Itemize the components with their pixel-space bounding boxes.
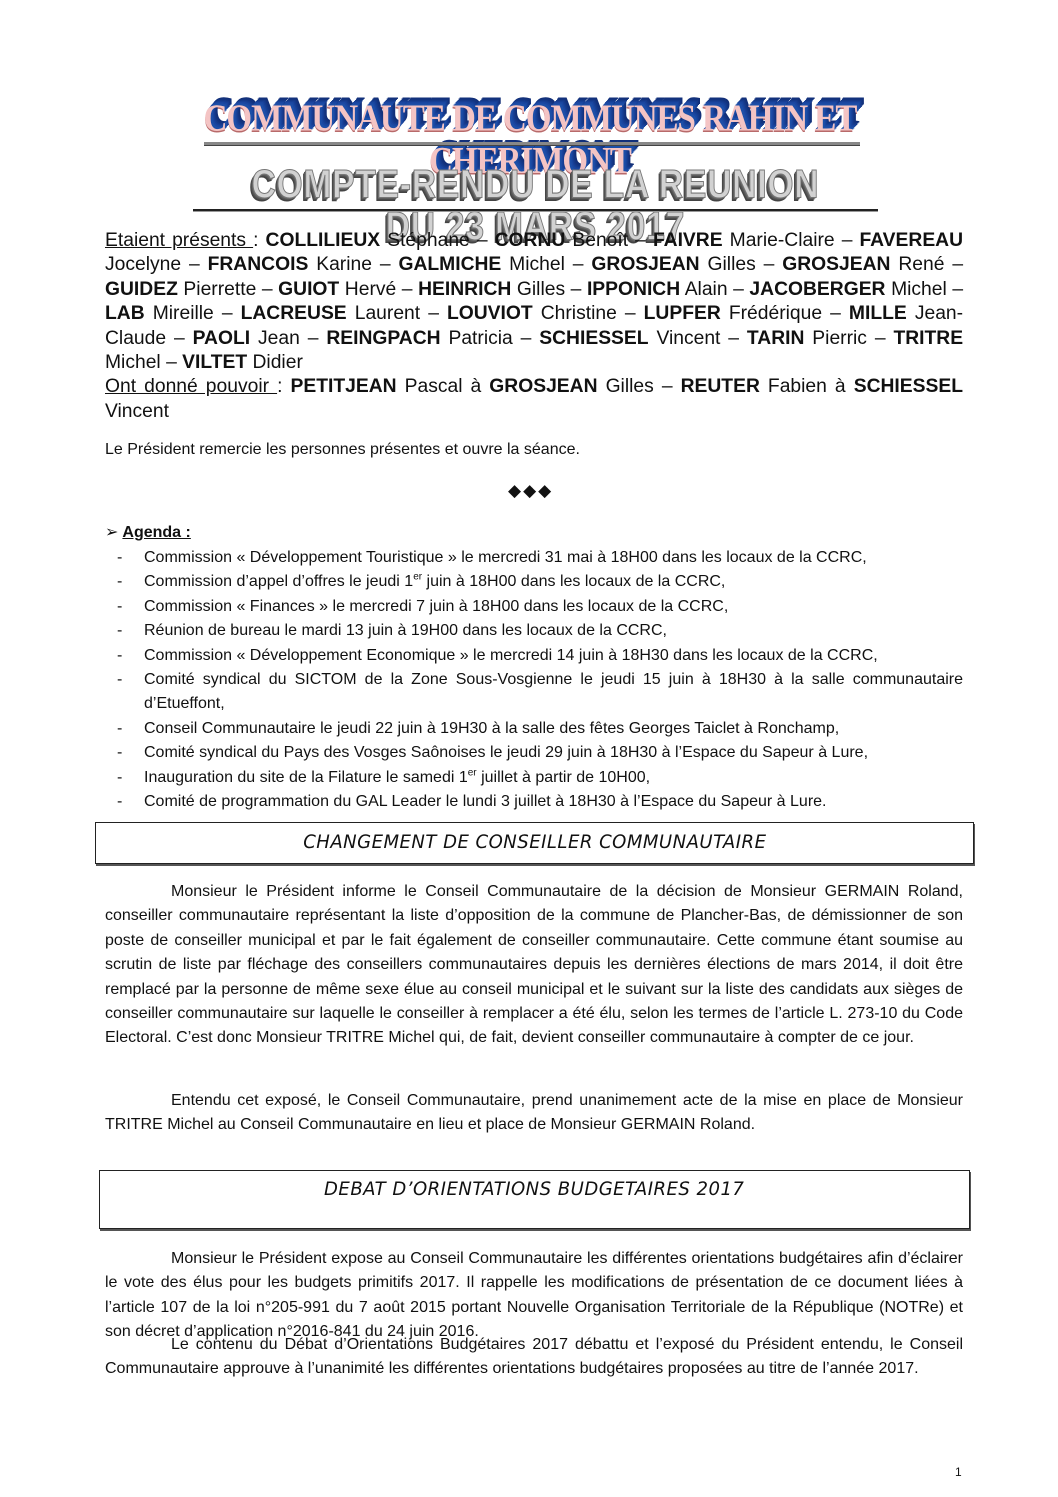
- attendance-block: Etaient présents : COLLILIEUX Stéphane –…: [105, 229, 963, 424]
- attendee-last-name: GALMICHE: [398, 254, 501, 275]
- attendee-last-name: FAIVRE: [653, 230, 723, 251]
- attendee-last-name: TRITRE: [893, 328, 963, 349]
- attendee-last-name: SCHIESSEL: [539, 328, 648, 349]
- attendee-last-name: CORNU: [495, 230, 566, 251]
- attendee-last-name: LUPFER: [644, 303, 721, 324]
- separator-diamonds-icon: ◆◆◆: [508, 481, 553, 501]
- attendee-first-name: Laurent: [355, 303, 420, 324]
- agenda-item: -Inauguration du site de la Filature le …: [105, 766, 963, 790]
- attendee-last-name: REINGPACH: [326, 328, 440, 349]
- paragraph: Monsieur le Président expose au Conseil …: [105, 1247, 963, 1345]
- attendee-last-name: PAOLI: [193, 328, 251, 349]
- agenda-item: -Comité syndical du Pays des Vosges Saôn…: [105, 741, 963, 765]
- attendee-last-name: LOUVIOT: [447, 303, 533, 324]
- dash-bullet-icon: -: [117, 741, 122, 765]
- attendee-first-name: Karine: [316, 254, 372, 275]
- proxy-to-first-name: Vincent: [105, 401, 169, 422]
- attendee-last-name: HEINRICH: [418, 279, 511, 300]
- attendee-first-name: Pierrette: [183, 279, 256, 300]
- attendee-last-name: LACREUSE: [241, 303, 347, 324]
- dash-bullet-icon: -: [117, 570, 122, 594]
- paragraph: Le contenu du Débat d’Orientations Budgé…: [105, 1333, 963, 1382]
- dash-bullet-icon: -: [117, 790, 122, 814]
- agenda-item: -Comité syndical du SICTOM de la Zone So…: [105, 668, 963, 717]
- agenda-item: -Commission « Développement Touristique …: [105, 546, 963, 570]
- dash-bullet-icon: -: [117, 619, 122, 643]
- proxy-from-first-name: Fabien: [768, 376, 827, 397]
- attendee-first-name: Alain: [685, 279, 728, 300]
- attendee-first-name: Pierric: [812, 328, 867, 349]
- dash-bullet-icon: -: [117, 717, 122, 741]
- section-title: CHANGEMENT DE CONSEILLER COMMUNAUTAIRE: [303, 831, 766, 853]
- attendee-last-name: JACOBERGER: [749, 279, 885, 300]
- proxy-label: Ont donné pouvoir: [105, 376, 277, 397]
- agenda-item: -Réunion de bureau le mardi 13 juin à 19…: [105, 619, 963, 643]
- agenda-item: -Commission « Développement Economique »…: [105, 644, 963, 668]
- title-rule: [193, 209, 878, 212]
- paragraph: Entendu cet exposé, le Conseil Communaut…: [105, 1089, 963, 1138]
- attendee-last-name: GROSJEAN: [782, 254, 890, 275]
- attendee-first-name: Hervé: [345, 279, 396, 300]
- proxy-from-last-name: REUTER: [681, 376, 760, 397]
- agenda-list: -Commission « Développement Touristique …: [105, 546, 963, 814]
- attendee-first-name: Patricia: [448, 328, 512, 349]
- attendee-last-name: GROSJEAN: [591, 254, 699, 275]
- paragraph: Monsieur le Président informe le Conseil…: [105, 880, 963, 1051]
- dash-bullet-icon: -: [117, 766, 122, 790]
- page-number: 1: [955, 1465, 962, 1479]
- proxy-to-last-name: GROSJEAN: [489, 376, 597, 397]
- agenda-item: -Conseil Communautaire le jeudi 22 juin …: [105, 717, 963, 741]
- agenda-item: -Commission « Finances » le mercredi 7 j…: [105, 595, 963, 619]
- attendee-last-name: LAB: [105, 303, 145, 324]
- agenda-title: Agenda :: [122, 524, 190, 541]
- dash-bullet-icon: -: [117, 595, 122, 619]
- agenda-item: -Comité de programmation du GAL Leader l…: [105, 790, 963, 814]
- attendee-last-name: GUIDEZ: [105, 279, 178, 300]
- proxy-to-last-name: SCHIESSEL: [854, 376, 963, 397]
- attendee-first-name: Michel: [105, 352, 161, 373]
- banner-rule: [204, 142, 860, 146]
- attendee-last-name: TARIN: [747, 328, 804, 349]
- attendee-last-name: MILLE: [849, 303, 907, 324]
- section-header-debat: DEBAT D’ORIENTATIONS BUDGETAIRES 2017: [99, 1170, 970, 1229]
- dash-bullet-icon: -: [117, 644, 122, 668]
- agenda-item: -Commission d’appel d’offres le jeudi 1e…: [105, 570, 963, 594]
- attendee-first-name: Benoît: [572, 230, 628, 251]
- attendee-first-name: Michel: [509, 254, 565, 275]
- attendee-last-name: COLLILIEUX: [266, 230, 381, 251]
- attendee-last-name: VILTET: [182, 352, 247, 373]
- attendee-first-name: Jean: [258, 328, 300, 349]
- proxy-to-first-name: Gilles: [606, 376, 654, 397]
- attendee-first-name: Michel: [891, 279, 947, 300]
- attendee-first-name: Jocelyne: [105, 254, 181, 275]
- attendee-first-name: Christine: [541, 303, 617, 324]
- attendee-first-name: Mireille: [153, 303, 214, 324]
- dash-bullet-icon: -: [117, 546, 122, 570]
- attendee-first-name: René: [898, 254, 944, 275]
- arrow-bullet-icon: ➢: [105, 524, 118, 541]
- intro-text: Le Président remercie les personnes prés…: [105, 441, 580, 459]
- attendee-first-name: Gilles: [517, 279, 565, 300]
- attendee-last-name: GUIOT: [278, 279, 339, 300]
- attendee-first-name: Vincent: [656, 328, 720, 349]
- agenda-heading: ➢Agenda :: [105, 522, 191, 542]
- attendee-first-name: Didier: [253, 352, 303, 373]
- section-header-changement: CHANGEMENT DE CONSEILLER COMMUNAUTAIRE: [95, 822, 974, 864]
- proxy-from-last-name: PETITJEAN: [290, 376, 396, 397]
- attendee-last-name: FAVEREAU: [859, 230, 963, 251]
- document-title-banner: COMPTE-RENDU DE LA REUNION DU 23 MARS 20…: [193, 166, 878, 212]
- attendee-first-name: Stéphane: [387, 230, 470, 251]
- attendee-first-name: Frédérique: [729, 303, 822, 324]
- proxy-from-first-name: Pascal: [405, 376, 463, 397]
- attendee-first-name: Gilles: [708, 254, 756, 275]
- present-label: Etaient présents: [105, 230, 253, 251]
- attendee-last-name: FRANCOIS: [208, 254, 309, 275]
- attendee-last-name: IPPONICH: [587, 279, 680, 300]
- dash-bullet-icon: -: [117, 668, 122, 692]
- section-title: DEBAT D’ORIENTATIONS BUDGETAIRES 2017: [324, 1178, 744, 1200]
- attendee-first-name: Marie-Claire: [730, 230, 835, 251]
- organization-banner: COMMUNAUTE DE COMMUNES RAHIN ET CHERIMON…: [200, 96, 860, 146]
